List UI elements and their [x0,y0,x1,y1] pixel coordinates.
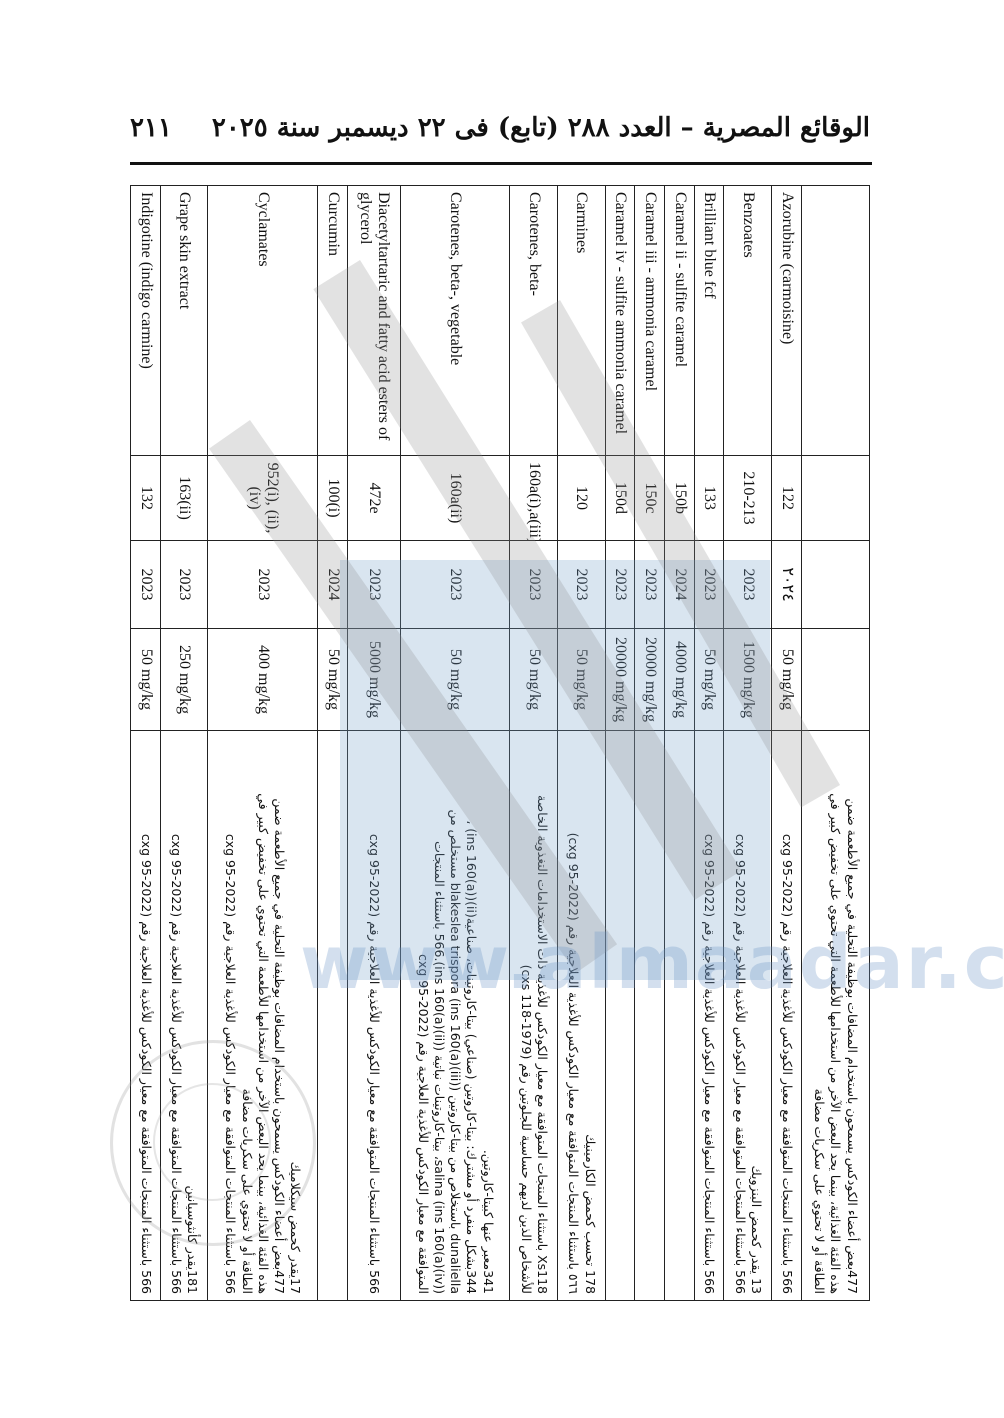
note-line: المتوافقة مع معيار الكودكس للأغذية العلا… [414,737,430,1294]
note-line: ٥٦٦ باستثناء المنتجات المتوافقة مع معيار… [565,737,581,1294]
max-level-cell: 400 mg/kg [208,629,318,731]
max-level-cell: 50 mg/kg [772,629,802,731]
page-number: ٢١١ [130,113,172,143]
table-row: Carmines120202350 mg/kg178 تحسب كحمض الك… [557,186,605,1301]
notes-cell: 477بعض أعضاء الكودكس يسمحون باستخدام الم… [801,731,869,1301]
year-adopted-cell: 2023 [510,541,558,629]
ins-code-cell: 132 [131,456,161,541]
year-adopted-cell: 2023 [208,541,318,629]
additive-name-cell: Curcumin [318,186,348,456]
max-level-cell: 5000 mg/kg [347,629,400,731]
table-row: Diacetyltartaric and fatty acid esters o… [347,186,400,1301]
table-row: Grape skin extract163(ii)2023250 mg/kg18… [160,186,208,1301]
notes-cell: 566 باستثناء المنتجات المتوافقة مع معيار… [772,731,802,1301]
year-adopted-cell: 2024 [318,541,348,629]
table-row: Benzoates210-21320231500 mg/kg13 يقدر كح… [724,186,772,1301]
table-row: Caramel iii - ammonia caramel150c2023200… [635,186,665,1301]
notes-cell [665,731,695,1301]
table-row: Curcumin100(i)202450 mg/kg [318,186,348,1301]
additives-table-rotated: 477بعض أعضاء الكودكس يسمحون باستخدام الم… [130,185,870,1300]
note-line: 181يقدر كأنثوسيانين [184,737,200,1294]
table-row: Azorubine (carmoisine)122٢٠٢٤50 mg/kg566… [772,186,802,1301]
notes-cell [318,731,348,1301]
ins-code-cell: 472e [347,456,400,541]
note-line: dunaliella باستخلاص من بيتا-كاروتين blak… [447,737,463,1294]
note-line: 566 باستثناء المنتجات المتوافقة مع معيار… [222,737,238,1294]
additive-name-cell: Brilliant blue fcf [694,186,724,456]
year-adopted-cell: 2023 [605,541,635,629]
year-adopted-cell: ٢٠٢٤ [772,541,802,629]
max-level-cell: 50 mg/kg [318,629,348,731]
note-line: 566 باستثناء المنتجات المتوافقة مع معيار… [778,737,794,1294]
additive-name-cell: Diacetyltartaric and fatty acid esters o… [347,186,400,456]
additives-table: 477بعض أعضاء الكودكس يسمحون باستخدام الم… [130,185,870,1301]
additive-name-cell: Grape skin extract [160,186,208,456]
additive-name-cell: Carotenes, beta-, vegetable [400,186,510,456]
year-adopted-cell: 2023 [400,541,510,629]
ins-code-cell: 100(i) [318,456,348,541]
additive-name-cell: Indigotine (indigo carmine) [131,186,161,456]
year-adopted-cell [801,541,869,629]
max-level-cell: 1500 mg/kg [724,629,772,731]
note-line: 566 باستثناء المنتجات المتوافقة مع معيار… [168,737,184,1294]
ins-code-cell: 160a(ii) [400,456,510,541]
year-adopted-cell: 2024 [665,541,695,629]
notes-cell: Xs118 باستثناء المنتجات المتوافقة مع معي… [510,731,558,1301]
additive-name-cell: Azorubine (carmoisine) [772,186,802,456]
notes-cell: 178 تحسب كحمض الكارمينيك٥٦٦ باستثناء الم… [557,731,605,1301]
note-line: 344بشكل منفرد أو مشترك: بيتا-كاروتين (صن… [463,737,479,1294]
table-row: 477بعض أعضاء الكودكس يسمحون باستخدام الم… [801,186,869,1301]
ins-code-cell: 150d [605,456,635,541]
notes-cell [635,731,665,1301]
ins-code-cell: 150b [665,456,695,541]
note-line: 178 تحسب كحمض الكارمينيك [581,737,597,1294]
notes-cell [605,731,635,1301]
table-row: Caramel iv - sulfite ammonia caramel150d… [605,186,635,1301]
notes-cell: 181يقدر كأنثوسيانين566 باستثناء المنتجات… [160,731,208,1301]
max-level-cell [801,629,869,731]
ins-code-cell [801,456,869,541]
note-line: 477بعض أعضاء الكودكس يسمحون باستخدام الم… [844,737,860,1294]
page-header-title: الوقائع المصرية – العدد ٢٨٨ (تابع) فى ٢٢… [212,113,870,143]
ins-code-cell: 120 [557,456,605,541]
max-level-cell: 4000 mg/kg [665,629,695,731]
additive-name-cell: Caramel iv - sulfite ammonia caramel [605,186,635,456]
table-row: Cyclamates952(i), (ii), (iv)2023400 mg/k… [208,186,318,1301]
note-line: Xs118 باستثناء المنتجات المتوافقة مع معي… [534,737,550,1294]
table-row: Caramel ii - sulfite caramel150b20244000… [665,186,695,1301]
table-row: Indigotine (indigo carmine)132202350 mg/… [131,186,161,1301]
note-line: هذه الفئة الغذائية، بينما يحد البعض الآخ… [827,737,843,1294]
notes-cell: 566 باستثناء المنتجات المتوافقة مع معيار… [347,731,400,1301]
notes-cell: 341معبر عنها كبيتا-كاروتين.344بشكل منفرد… [400,731,510,1301]
note-line: 566 باستثناء المنتجات المتوافقة مع معيار… [731,737,747,1294]
note-line: 341معبر عنها كبيتا-كاروتين. [479,737,495,1294]
additive-name-cell: Caramel iii - ammonia caramel [635,186,665,456]
additive-name-cell: Carmines [557,186,605,456]
additive-name-cell: Caramel ii - sulfite caramel [665,186,695,456]
ins-code-cell: 952(i), (ii), (iv) [208,456,318,541]
ins-code-cell: 210-213 [724,456,772,541]
note-line: للأشخاص الذين لديهم حساسية للجلوتين رقم … [517,737,533,1294]
additive-name-cell [801,186,869,456]
notes-cell: 17يقدر كحمض سيكلاميك477بعض أعضاء الكودكس… [208,731,318,1301]
year-adopted-cell: 2023 [635,541,665,629]
year-adopted-cell: 2023 [557,541,605,629]
max-level-cell: 50 mg/kg [557,629,605,731]
note-line: الطاقة أو لا تحتوي على سكريات مضافة [811,737,827,1294]
additive-name-cell: Carotenes, beta- [510,186,558,456]
max-level-cell: 20000 mg/kg [635,629,665,731]
note-line: 13 يقدر كحمض البنزويك [748,737,764,1294]
page-header: الوقائع المصرية – العدد ٢٨٨ (تابع) فى ٢٢… [130,108,870,148]
table-row: Brilliant blue fcf133202350 mg/kg566 باس… [694,186,724,1301]
notes-cell: 13 يقدر كحمض البنزويك566 باستثناء المنتج… [724,731,772,1301]
year-adopted-cell: 2023 [347,541,400,629]
note-line: 566 باستثناء المنتجات المتوافقة مع معيار… [701,737,717,1294]
note-line: الطاقة أو لا تحتوي على سكريات مضافة [238,737,254,1294]
note-line: 566 باستثناء المنتجات المتوافقة مع معيار… [137,737,153,1294]
note-line: هذه الفئة الغذائية، بينما يحد البعض الآخ… [255,737,271,1294]
table-body: 477بعض أعضاء الكودكس يسمحون باستخدام الم… [131,186,870,1301]
note-line: 17يقدر كحمض سيكلاميك [287,737,303,1294]
ins-code-cell: 122 [772,456,802,541]
table-row: Carotenes, beta-160a(i),a(iii),a(iv)2023… [510,186,558,1301]
ins-code-cell: 133 [694,456,724,541]
year-adopted-cell: 2023 [160,541,208,629]
note-line: 566 باستثناء المنتجات المتوافقة مع معيار… [366,737,382,1294]
header-divider [130,162,872,165]
year-adopted-cell: 2023 [724,541,772,629]
ins-code-cell: 150c [635,456,665,541]
additive-name-cell: Cyclamates [208,186,318,456]
max-level-cell: 50 mg/kg [131,629,161,731]
additive-name-cell: Benzoates [724,186,772,456]
table-row: Carotenes, beta-, vegetable160a(ii)20235… [400,186,510,1301]
max-level-cell: 50 mg/kg [694,629,724,731]
note-line: 477بعض أعضاء الكودكس يسمحون باستخدام الم… [271,737,287,1294]
notes-cell: 566 باستثناء المنتجات المتوافقة مع معيار… [131,731,161,1301]
max-level-cell: 50 mg/kg [400,629,510,731]
max-level-cell: 250 mg/kg [160,629,208,731]
note-line: salina (ins 160(a)(iv))، بيتا-كاروتينات … [431,737,447,1294]
year-adopted-cell: 2023 [131,541,161,629]
ins-code-cell: 160a(i),a(iii),a(iv) [510,456,558,541]
max-level-cell: 50 mg/kg [510,629,558,731]
max-level-cell: 20000 mg/kg [605,629,635,731]
year-adopted-cell: 2023 [694,541,724,629]
notes-cell: 566 باستثناء المنتجات المتوافقة مع معيار… [694,731,724,1301]
ins-code-cell: 163(ii) [160,456,208,541]
